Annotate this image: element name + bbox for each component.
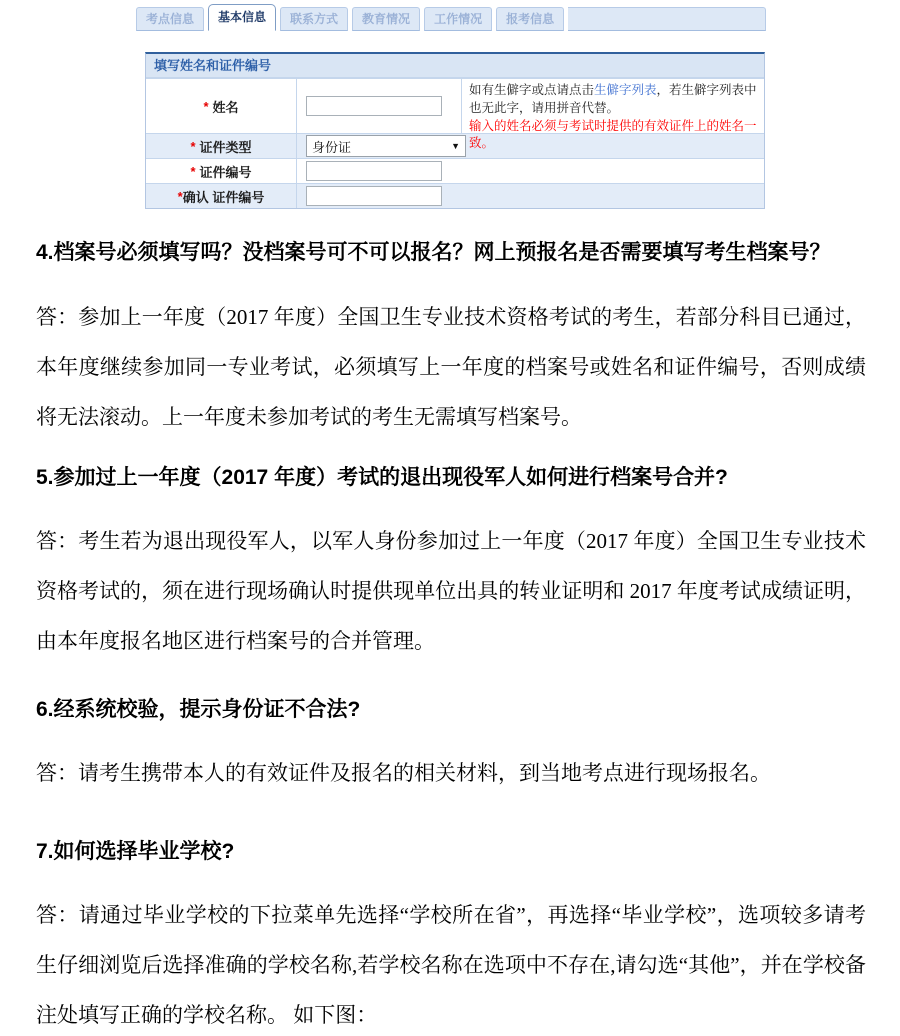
id-number-label: * 证件编号 [146, 159, 297, 183]
id-number-input[interactable] [306, 161, 442, 181]
form-tab-bar: 考点信息 基本信息 联系方式 教育情况 工作情况 报考信息 [136, 4, 766, 31]
confirm-id-number-input[interactable] [306, 186, 442, 206]
name-input[interactable] [306, 96, 442, 116]
form-row-id-type: * 证件类型 身份证 ▼ [146, 133, 764, 158]
id-type-select[interactable]: 身份证 ▼ [306, 135, 466, 157]
tab-registration-info[interactable]: 报考信息 [496, 7, 564, 31]
dropdown-arrow-icon: ▼ [451, 142, 460, 151]
faq-answer-5: 答：考生若为退出现役军人，以军人身份参加过上一年度（2017 年度）全国卫生专业… [36, 516, 866, 666]
name-id-form: 填写姓名和证件编号 * 姓名 如有生僻字或点请点击生僻字列表，若生僻字列表中也无… [145, 52, 765, 209]
faq-answer-4: 答：参加上一年度（2017 年度）全国卫生专业技术资格考试的考生，若部分科目已通… [36, 292, 866, 442]
name-note: 如有生僻字或点请点击生僻字列表，若生僻字列表中也无此字，请用拼音代替。 输入的姓… [461, 79, 764, 133]
id-type-label: * 证件类型 [146, 134, 297, 158]
faq-document: 4.档案号必须填写吗？没档案号可不可以报名？网上预报名是否需要填写考生档案号？ … [36, 225, 866, 1036]
id-type-label-text: 证件类型 [200, 137, 252, 156]
form-row-confirm-id-number: * 确认 证件编号 [146, 183, 764, 208]
form-row-name: * 姓名 如有生僻字或点请点击生僻字列表，若生僻字列表中也无此字，请用拼音代替。… [146, 78, 764, 133]
faq-question-5: 5.参加过上一年度（2017 年度）考试的退出现役军人如何进行档案号合并? [36, 464, 866, 492]
faq-answer-6: 答：请考生携带本人的有效证件及报名的相关材料，到当地考点进行现场报名。 [36, 748, 866, 798]
id-number-field-cell [297, 159, 764, 183]
tab-bar-filler [568, 7, 766, 31]
confirm-id-number-label-text: 确认 证件编号 [183, 187, 265, 206]
id-number-label-text: 证件编号 [200, 162, 252, 181]
form-section-title: 填写姓名和证件编号 [146, 54, 764, 78]
faq-question-7: 7.如何选择毕业学校? [36, 838, 866, 866]
tab-basic-info[interactable]: 基本信息 [208, 4, 276, 31]
faq-answer-7: 答：请通过毕业学校的下拉菜单先选择“学校所在省”，再选择“毕业学校”，选项较多请… [36, 890, 866, 1036]
tab-contact-info[interactable]: 联系方式 [280, 7, 348, 31]
name-note-text-before: 如有生僻字或点请点击 [469, 83, 594, 97]
faq-question-4: 4.档案号必须填写吗？没档案号可不可以报名？网上预报名是否需要填写考生档案号？ [36, 239, 866, 267]
required-asterisk: * [190, 139, 195, 154]
name-label: * 姓名 [146, 79, 297, 133]
name-label-text: 姓名 [213, 97, 239, 116]
tab-education-info[interactable]: 教育情况 [352, 7, 420, 31]
tab-exam-site-info[interactable]: 考点信息 [136, 7, 204, 31]
form-row-id-number: * 证件编号 [146, 158, 764, 183]
required-asterisk: * [203, 99, 208, 114]
tab-work-info[interactable]: 工作情况 [424, 7, 492, 31]
faq-question-6: 6.经系统校验，提示身份证不合法? [36, 696, 866, 724]
id-type-field-cell: 身份证 ▼ [297, 134, 764, 158]
confirm-id-number-field-cell [297, 184, 764, 208]
name-field-cell [297, 79, 461, 133]
required-asterisk: * [190, 164, 195, 179]
id-type-selected-value: 身份证 [312, 137, 351, 156]
confirm-id-number-label: * 确认 证件编号 [146, 184, 297, 208]
embedded-form-screenshot: 考点信息 基本信息 联系方式 教育情况 工作情况 报考信息 填写姓名和证件编号 … [0, 0, 900, 225]
rare-characters-list-link[interactable]: 生僻字列表 [594, 83, 657, 97]
